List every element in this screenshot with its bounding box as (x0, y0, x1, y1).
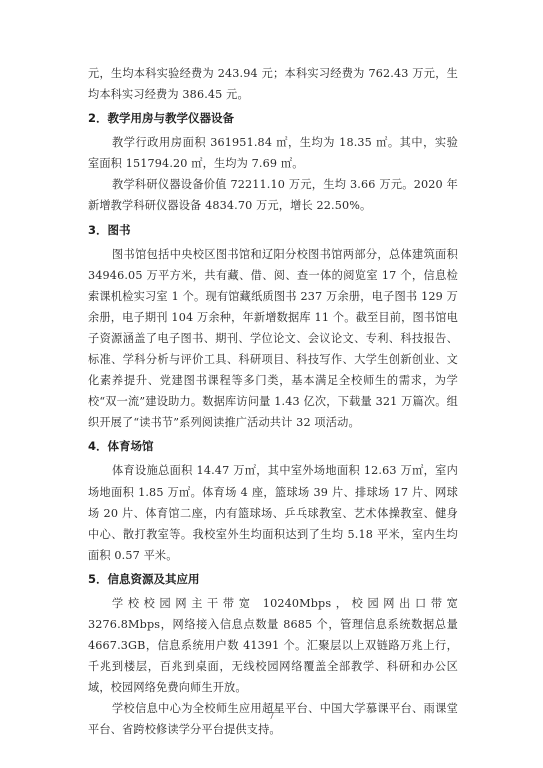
section-heading-sports-venues: 4．体育场馆 (88, 436, 458, 457)
paragraph-equipment-value: 教学科研仪器设备价值 72211.10 万元，生均 3.66 万元。2020 年… (88, 174, 458, 216)
section-heading-teaching-facilities: 2．教学用房与教学仪器设备 (88, 108, 458, 129)
paragraph-teaching-buildings: 教学行政用房面积 361951.84 ㎡，生均为 18.35 ㎡。其中，实验室面… (88, 132, 458, 174)
section-heading-library: 3．图书 (88, 220, 458, 241)
page-number: 7 (0, 712, 543, 722)
document-page: 元，生均本科实验经费为 243.94 元；本科实习经费为 762.43 万元，生… (88, 63, 458, 741)
section-heading-information-resources: 5．信息资源及其应用 (88, 569, 458, 590)
intro-paragraph: 元，生均本科实验经费为 243.94 元；本科实习经费为 762.43 万元，生… (88, 63, 458, 105)
paragraph-campus-network: 学校校园网主干带宽 10240Mbps，校园网出口带宽 3276.8Mbps，网… (88, 593, 458, 698)
paragraph-library: 图书馆包括中央校区图书馆和辽阳分校图书馆两部分，总体建筑面积 34946.05 … (88, 244, 458, 434)
paragraph-sports-venues: 体育设施总面积 14.47 万㎡，其中室外场地面积 12.63 万㎡，室内场地面… (88, 460, 458, 565)
